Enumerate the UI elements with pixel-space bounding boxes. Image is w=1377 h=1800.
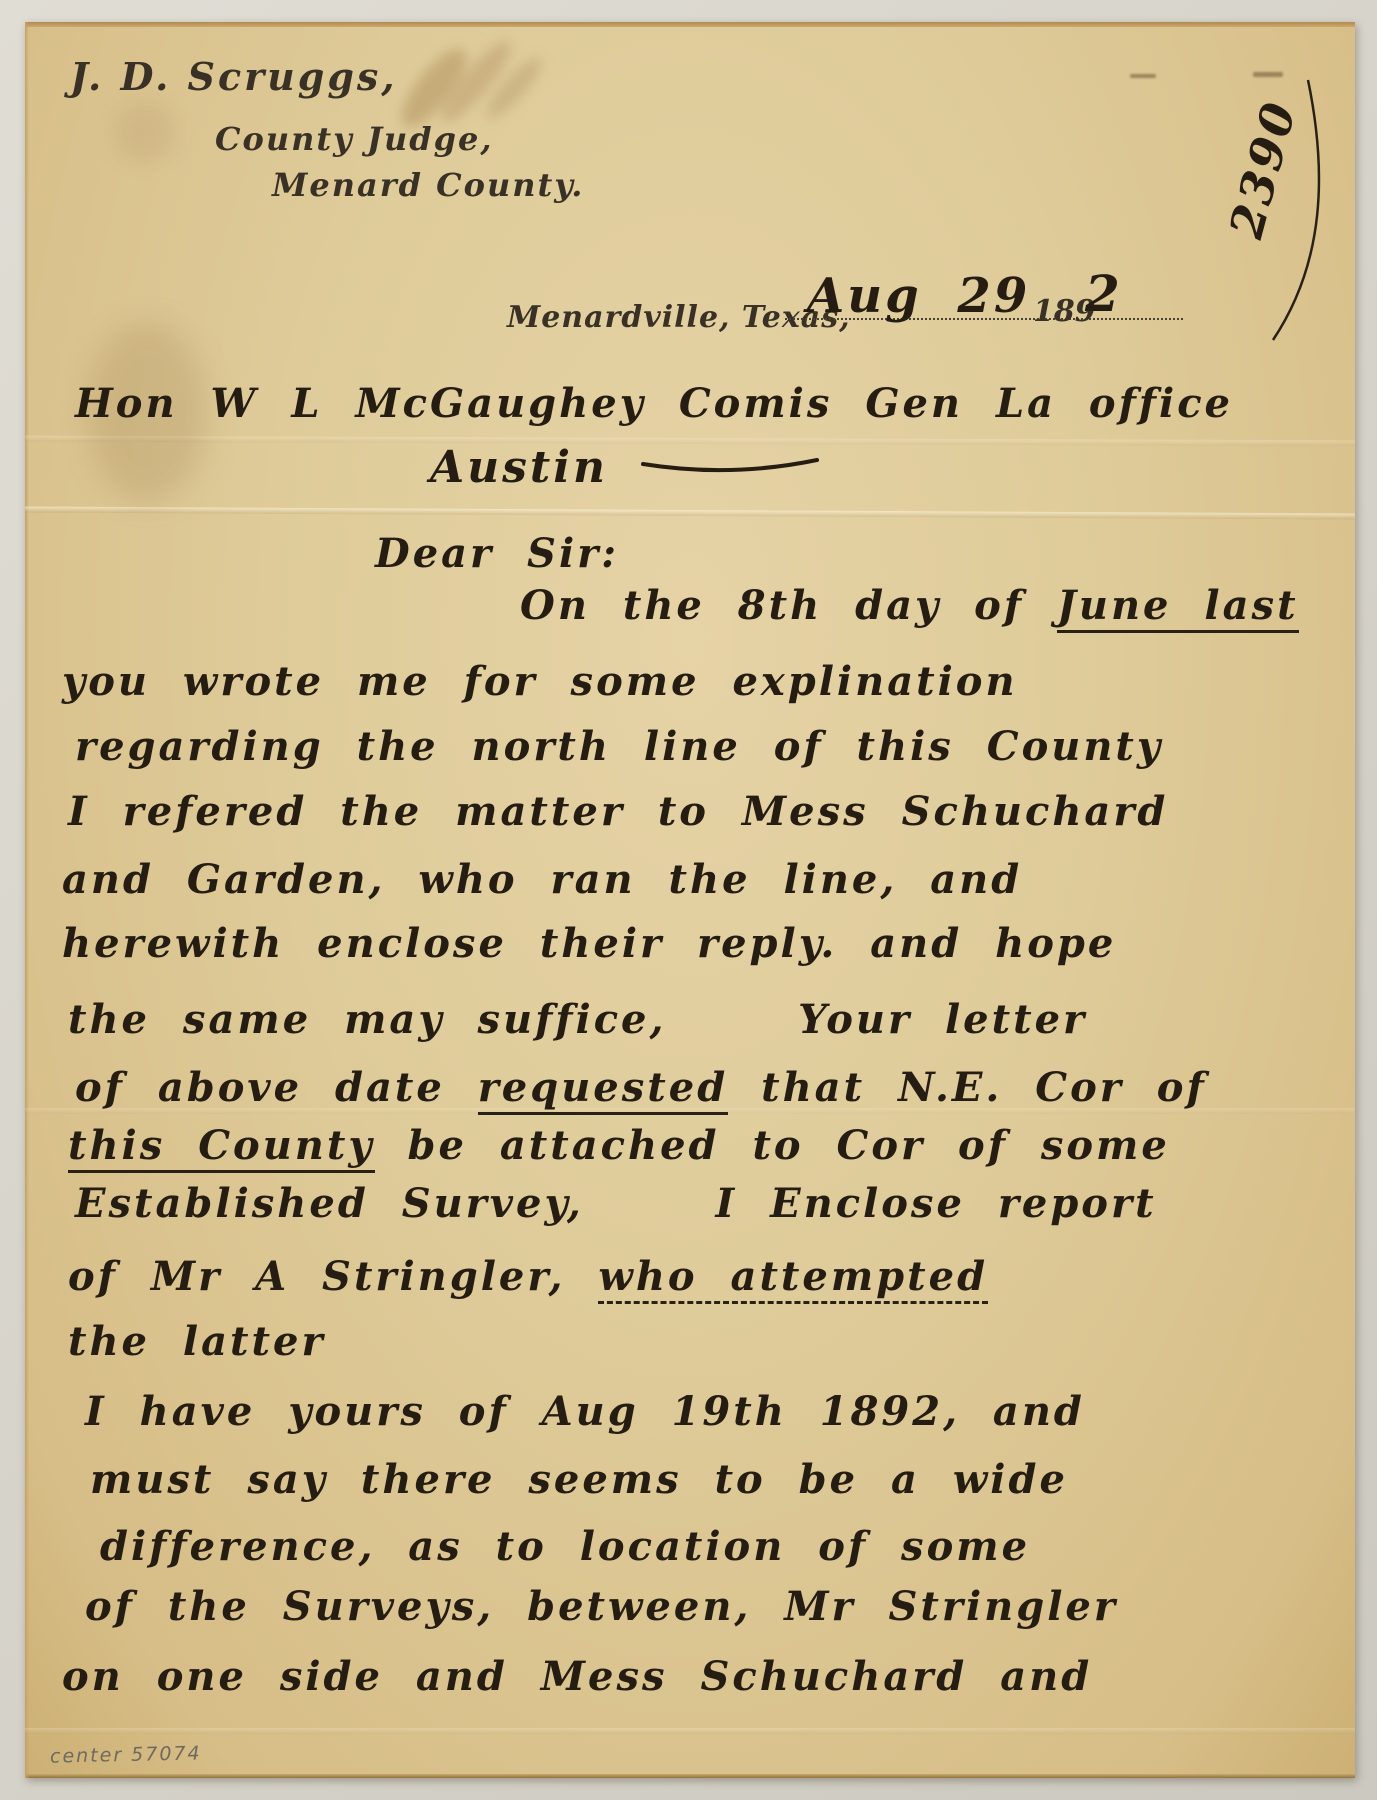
recipient-city: Austin — [430, 442, 608, 493]
letter-body-line: regarding the north line of this County — [75, 723, 1163, 770]
letter-body-line: this County be attached to Cor of some — [68, 1122, 1170, 1169]
line-text: you wrote me for some explination — [62, 658, 1018, 705]
pen-mark — [1130, 74, 1156, 78]
underlined-text: June last — [1057, 582, 1299, 633]
paper-bottom-edge — [25, 1774, 1355, 1778]
recipient-underline-swoosh — [643, 460, 817, 470]
scanned-letter-scene: J. D. Scruggs, County Judge, Menard Coun… — [0, 0, 1377, 1800]
line-text: be attached to Cor of some — [375, 1122, 1170, 1169]
letter-body-line: you wrote me for some explination — [62, 658, 1018, 705]
archival-corner-number: 2390 — [1219, 94, 1307, 243]
line-text: regarding the north line of this County — [75, 723, 1163, 770]
line-text: the same may suffice, Your letter — [68, 996, 1087, 1043]
underlined-text: who attempted — [598, 1253, 988, 1304]
dateline-year-written: 2 — [1085, 264, 1123, 323]
salutation: Dear Sir: — [375, 530, 619, 577]
line-text: difference, as to location of some — [100, 1523, 1030, 1570]
pen-mark — [1253, 72, 1283, 77]
pencil-file-number: center 57074 — [50, 1742, 202, 1767]
line-text: must say there seems to be a wide — [90, 1456, 1068, 1503]
letter-body-line: on one side and Mess Schuchard and — [62, 1653, 1092, 1700]
letter-paper: J. D. Scruggs, County Judge, Menard Coun… — [25, 22, 1355, 1778]
letter-body-line: Established Survey, I Enclose report — [75, 1180, 1157, 1227]
letter-body-line: difference, as to location of some — [100, 1523, 1030, 1570]
paper-stain — [115, 102, 175, 162]
paper-left-edge — [25, 22, 29, 1778]
letter-body-line: the same may suffice, Your letter — [68, 996, 1087, 1043]
letterhead-title: County Judge, — [215, 120, 494, 158]
line-text: on one side and Mess Schuchard and — [62, 1653, 1092, 1700]
fold-crease — [25, 1728, 1355, 1734]
line-text: I have yours of Aug 19th 1892, and — [85, 1388, 1085, 1435]
recipient-line: Hon W L McGaughey Comis Gen La office — [75, 380, 1233, 427]
letterhead-county: Menard County. — [272, 166, 584, 204]
line-text: Established Survey, I Enclose report — [75, 1180, 1157, 1227]
letter-body-line: of above date requested that N.E. Cor of — [75, 1064, 1207, 1111]
line-text: herewith enclose their reply. and hope — [62, 920, 1116, 967]
letter-body-line: herewith enclose their reply. and hope — [62, 920, 1116, 967]
letter-body-line: I refered the matter to Mess Schuchard — [68, 788, 1168, 835]
underlined-text: this County — [68, 1122, 375, 1173]
line-text: of Mr A Stringler, — [68, 1253, 598, 1300]
dateline-written-date: Aug 29 — [807, 268, 1030, 324]
line-text: the latter — [68, 1318, 326, 1365]
line-text: of above date — [75, 1064, 478, 1111]
line-text: and Garden, who ran the line, and — [62, 856, 1022, 903]
letter-body-line: On the 8th day of June last — [520, 582, 1299, 629]
fold-crease — [25, 436, 1355, 447]
line-text: of the Surveys, between, Mr Stringler — [85, 1583, 1118, 1630]
line-text: On the 8th day of — [520, 582, 1057, 629]
letter-body-line: I have yours of Aug 19th 1892, and — [85, 1388, 1085, 1435]
letter-body-line: must say there seems to be a wide — [90, 1456, 1068, 1503]
underlined-text: requested — [478, 1064, 728, 1115]
paper-top-edge — [25, 22, 1355, 27]
letter-body-line: of Mr A Stringler, who attempted — [68, 1253, 988, 1300]
letter-body-line: of the Surveys, between, Mr Stringler — [85, 1583, 1118, 1630]
line-text: I refered the matter to Mess Schuchard — [68, 788, 1168, 835]
letterhead-name: J. D. Scruggs, — [70, 54, 398, 99]
letter-body-line: and Garden, who ran the line, and — [62, 856, 1022, 903]
line-text: that N.E. Cor of — [728, 1064, 1206, 1111]
letter-body-line: the latter — [68, 1318, 326, 1365]
fold-crease — [25, 507, 1355, 520]
